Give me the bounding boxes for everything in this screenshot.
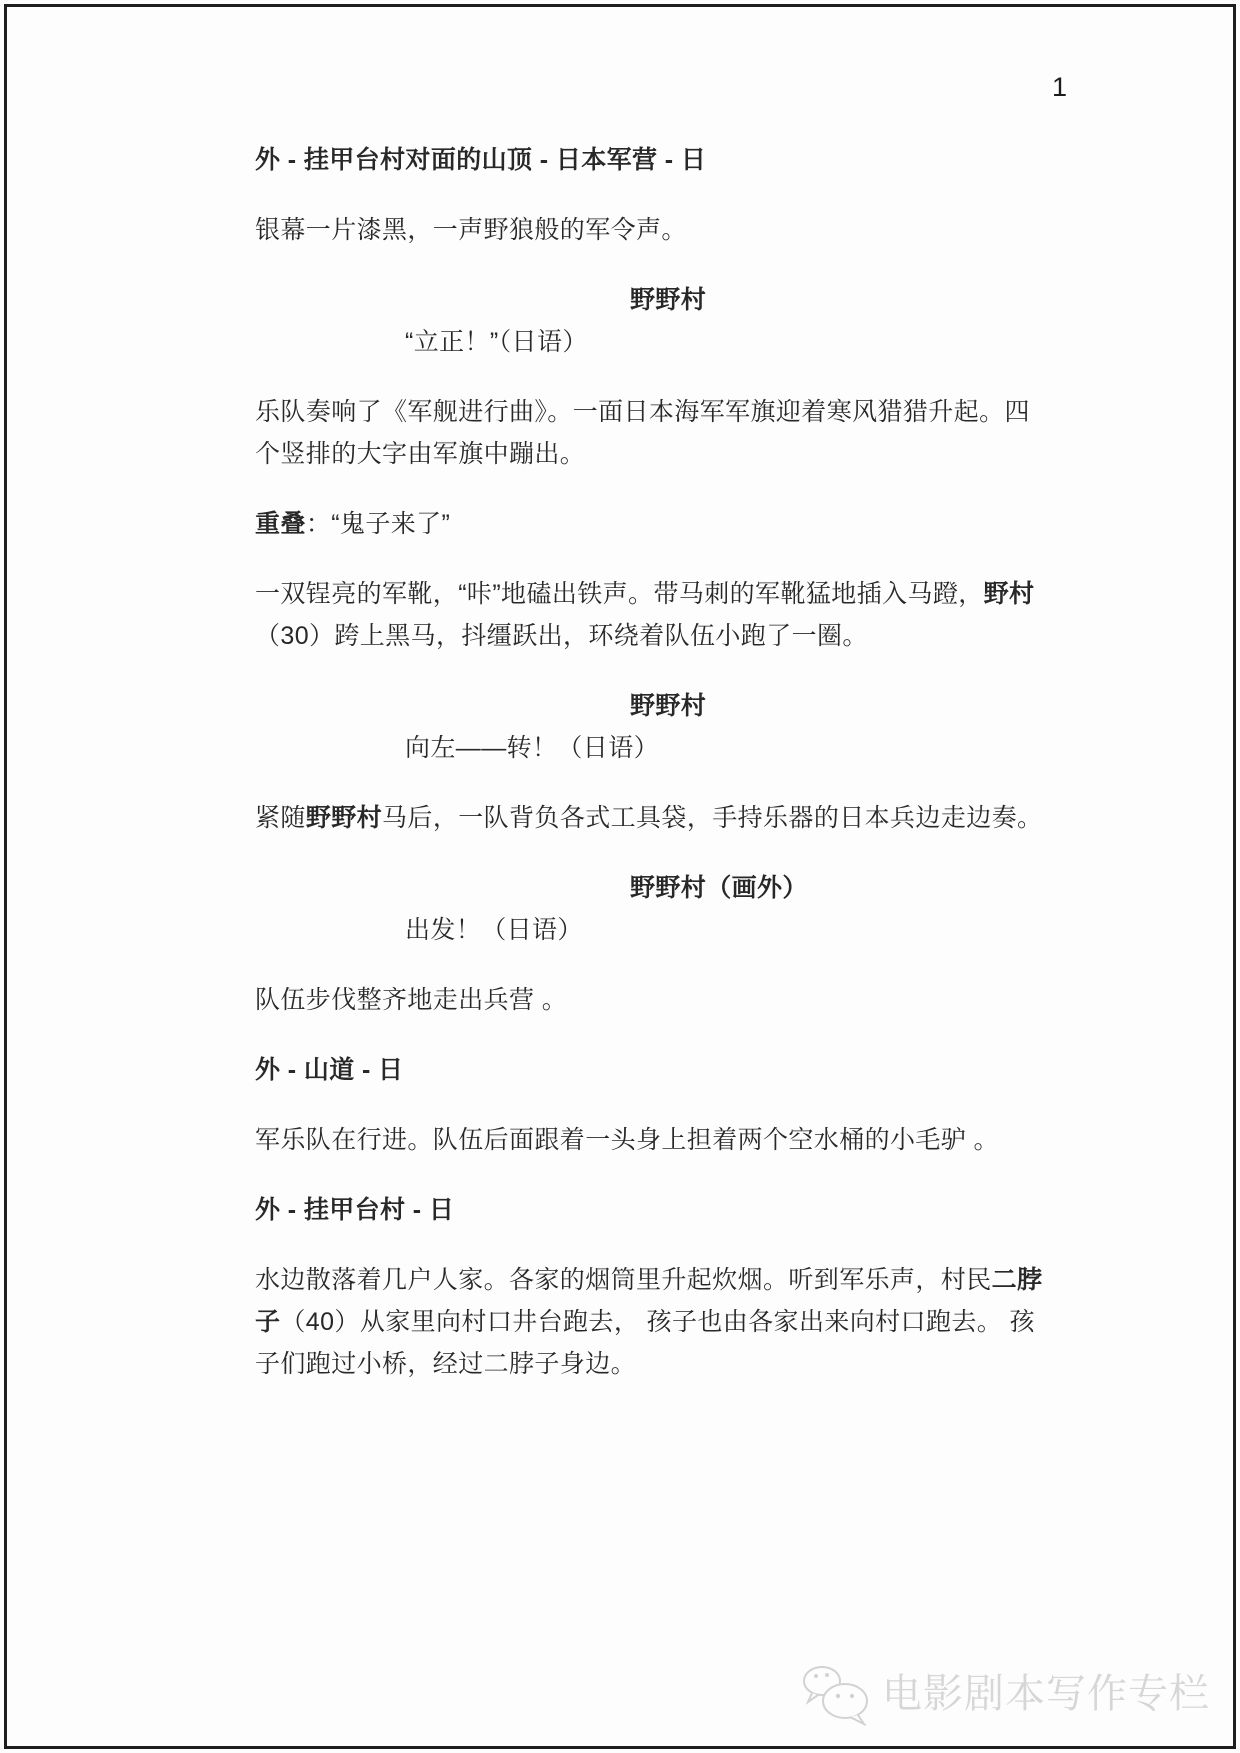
- dialogue-line: 向左——转！（日语）: [405, 727, 1051, 769]
- watermark-text: 电影剧本写作专栏: [882, 1672, 1210, 1716]
- action-paragraph: 水边散落着几户人家。各家的烟筒里升起炊烟。听到军乐声，村民二脖子（40）从家里向…: [255, 1259, 1051, 1385]
- watermark: 电影剧本写作专栏: [800, 1662, 1210, 1726]
- scene-heading: 外 - 挂甲台村 - 日: [255, 1189, 1051, 1231]
- wechat-logo-icon: [800, 1662, 870, 1726]
- scene-heading: 外 - 山道 - 日: [255, 1049, 1051, 1091]
- action-paragraph: 银幕一片漆黑，一声野狼般的军令声。: [255, 209, 1051, 251]
- page-number: 1: [1052, 72, 1067, 102]
- character-name: 野野村: [630, 685, 1051, 727]
- action-paragraph: 乐队奏响了《军舰进行曲》。一面日本海军军旗迎着寒风猎猎升起。四个竖排的大字由军旗…: [255, 391, 1051, 475]
- action-paragraph: 军乐队在行进。队伍后面跟着一头身上担着两个空水桶的小毛驴 。: [255, 1119, 1051, 1161]
- action-paragraph: 队伍步伐整齐地走出兵营 。: [255, 979, 1051, 1021]
- character-name: 野野村: [630, 279, 1051, 321]
- action-paragraph: 重叠：“鬼子来了”: [255, 503, 1051, 545]
- action-paragraph: 紧随野野村马后，一队背负各式工具袋，手持乐器的日本兵边走边奏。: [255, 797, 1051, 839]
- script-page: 1 外 - 挂甲台村对面的山顶 - 日本军营 - 日银幕一片漆黑，一声野狼般的军…: [0, 0, 1240, 1753]
- scene-heading: 外 - 挂甲台村对面的山顶 - 日本军营 - 日: [255, 139, 1051, 181]
- action-paragraph: 一双锃亮的军靴，“咔”地磕出铁声。带马刺的军靴猛地插入马蹬，野村（30）跨上黑马…: [255, 573, 1051, 657]
- character-name: 野野村（画外）: [630, 867, 1051, 909]
- dialogue-line: “立正！”（日语）: [405, 321, 1051, 363]
- dialogue-line: 出发！（日语）: [405, 909, 1051, 951]
- script-content: 外 - 挂甲台村对面的山顶 - 日本军营 - 日银幕一片漆黑，一声野狼般的军令声…: [255, 139, 1051, 1385]
